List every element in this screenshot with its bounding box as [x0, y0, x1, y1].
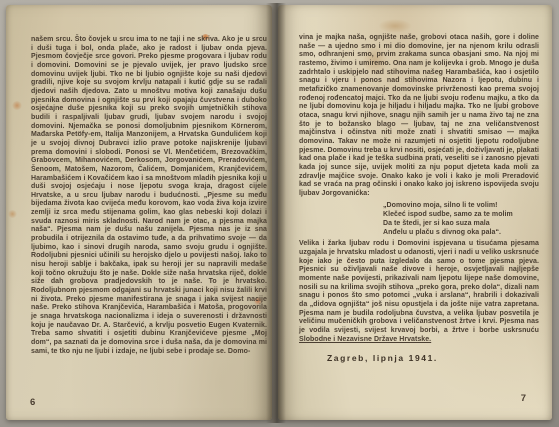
- stain-spot: [12, 101, 22, 110]
- poem-verse: „Domovino moja, silno li te volim! Kleče…: [383, 201, 539, 237]
- right-page-paragraph-continuation: vina je majka naša, ognjište naše, grobo…: [299, 34, 539, 198]
- poem-verse-line: Klečeć ispod sudbe, samo za te molim: [383, 210, 539, 219]
- left-page: našem srcu. Što čovjek u srcu ima to ne …: [6, 5, 272, 420]
- book-scan: našem srcu. Što čovjek u srcu ima to ne …: [0, 0, 559, 427]
- final-paragraph-text: Velika i žarka ljubav rodu i Domovini is…: [299, 240, 539, 334]
- right-page: vina je majka naša, ognjište naše, grobo…: [278, 5, 552, 420]
- underlined-state-name: Slobodne i Nezavisne Države Hrvatske.: [299, 336, 431, 343]
- poem-verse-line: Da te štedi, jer si kao suza mala: [383, 219, 539, 228]
- right-page-final-paragraph: Velika i žarka ljubav rodu i Domovini is…: [299, 240, 539, 344]
- right-page-text: vina je majka naša, ognjište naše, grobo…: [299, 34, 539, 363]
- left-page-body: našem srcu. Što čovjek u srcu ima to ne …: [31, 36, 267, 355]
- stain-spot: [8, 210, 17, 218]
- left-page-text: našem srcu. Što čovjek u srcu ima to ne …: [31, 36, 267, 356]
- poem-verse-line: „Domovino moja, silno li te volim!: [383, 201, 539, 210]
- poem-verse-line: Anđelu u plaču s divnog oka pala“.: [383, 228, 539, 237]
- right-page-number: 7: [521, 393, 526, 404]
- dateline: Zagreb, lipnja 1941.: [327, 354, 539, 363]
- stain-spot: [378, 19, 412, 33]
- left-page-number: 6: [30, 397, 35, 408]
